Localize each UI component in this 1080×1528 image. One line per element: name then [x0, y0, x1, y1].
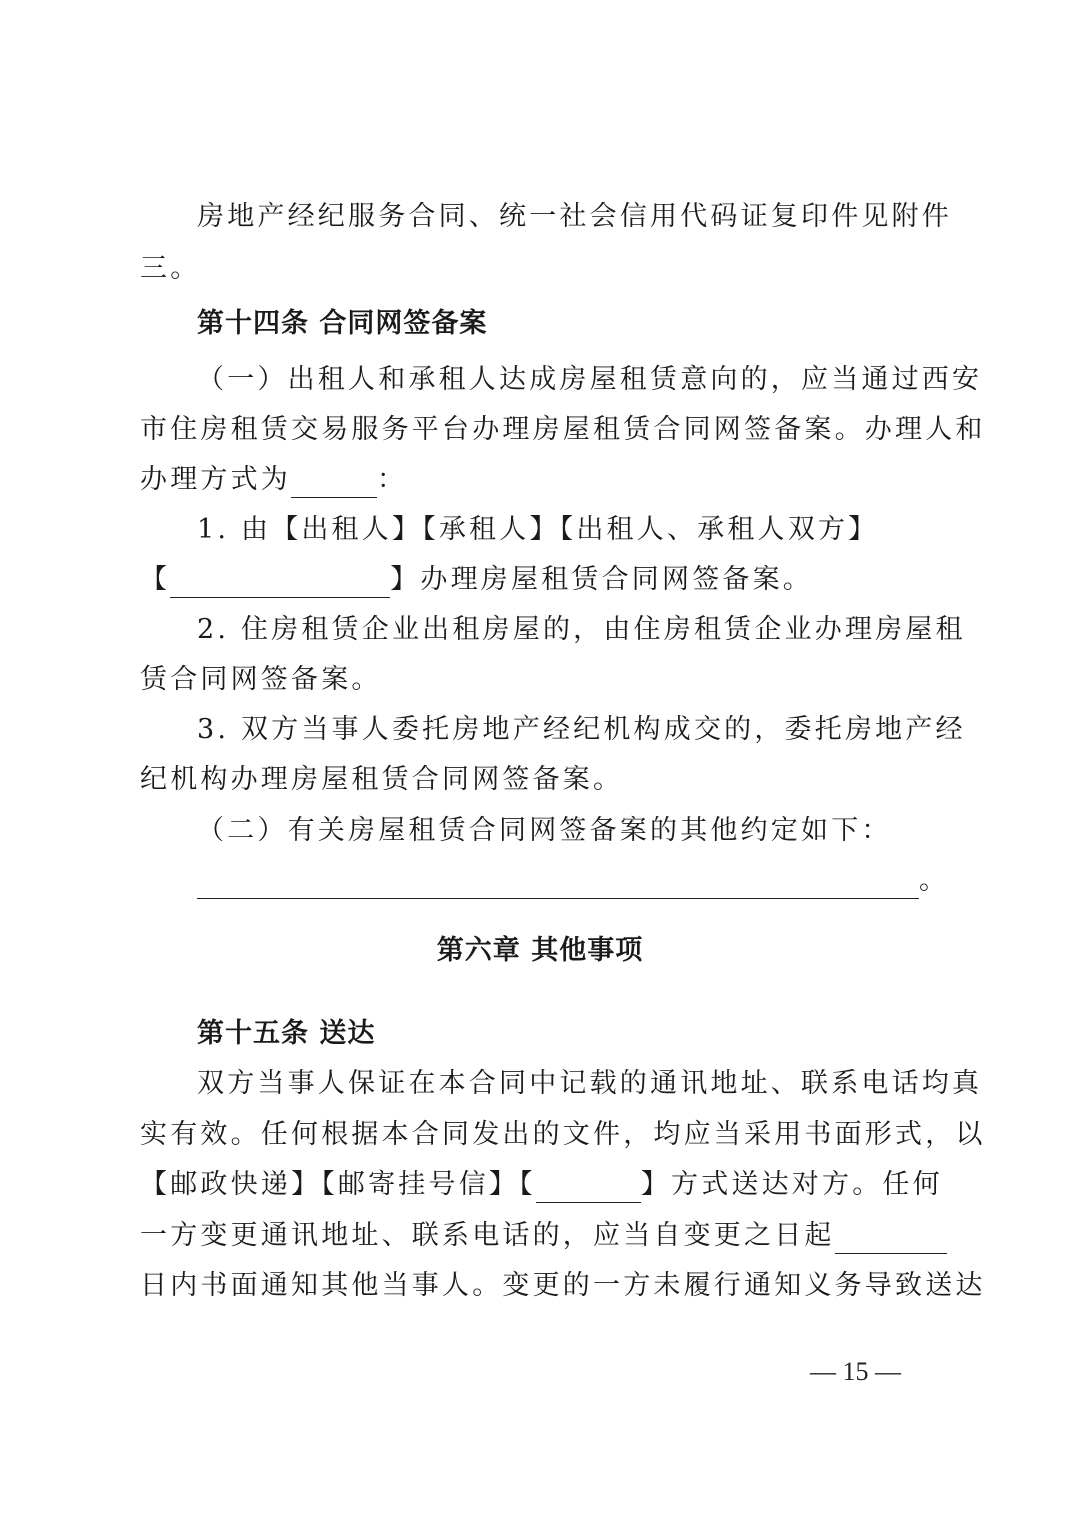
paragraph-line: 纪机构办理房屋租赁合同网签备案。	[140, 762, 940, 798]
paragraph-line: 双方当事人保证在本合同中记载的通讯地址、联系电话均真	[197, 1066, 940, 1102]
paragraph-line: 日内书面通知其他当事人。变更的一方未履行通知义务导致送达	[140, 1268, 940, 1304]
list-item-3: 3. 双方当事人委托房地产经纪机构成交的，委托房地产经	[197, 712, 940, 748]
fill-in-blank[interactable]	[835, 1225, 947, 1254]
line-text: 一方变更通讯地址、联系电话的，应当自变更之日起	[140, 1220, 835, 1251]
article-15-title: 第十五条 送达	[197, 1016, 940, 1052]
paragraph-line: （一）出租人和承租人达成房屋租赁意向的，应当通过西安	[197, 362, 940, 398]
paragraph-line: 一方变更通讯地址、联系电话的，应当自变更之日起	[140, 1218, 940, 1254]
paragraph-line: 【】办理房屋租赁合同网签备案。	[140, 562, 940, 598]
paragraph-line: 实有效。任何根据本合同发出的文件，均应当采用书面形式，以	[140, 1117, 940, 1153]
fill-in-blank[interactable]	[170, 569, 390, 598]
page-number: — 15 —	[810, 1357, 901, 1387]
line-text: 【邮政快递】【邮寄挂号信】【	[140, 1169, 536, 1200]
document-page: 房地产经纪服务合同、统一社会信用代码证复印件见附件 三。 第十四条 合同网签备案…	[0, 0, 1080, 1528]
paragraph-line: 房地产经纪服务合同、统一社会信用代码证复印件见附件	[197, 199, 940, 235]
line-text: 。	[919, 865, 949, 896]
paragraph-line: 三。	[140, 251, 940, 287]
paragraph-line: 市住房租赁交易服务平台办理房屋租赁合同网签备案。办理人和	[140, 412, 940, 448]
line-text: 】办理房屋租赁合同网签备案。	[390, 564, 813, 595]
paragraph-line: 赁合同网签备案。	[140, 662, 940, 698]
paragraph-line: 。	[197, 863, 940, 899]
list-item-2: 2. 住房租赁企业出租房屋的，由住房租赁企业办理房屋租	[197, 612, 940, 648]
fill-in-blank[interactable]	[291, 469, 377, 498]
paragraph-line: （二）有关房屋租赁合同网签备案的其他约定如下：	[197, 813, 940, 849]
fill-in-blank[interactable]	[197, 870, 919, 899]
line-text: ：	[377, 464, 407, 495]
fill-in-blank[interactable]	[536, 1174, 641, 1203]
list-item-1: 1. 由【出租人】【承租人】【出租人、承租人双方】	[197, 512, 940, 548]
line-text: 【	[140, 564, 170, 595]
article-14-title: 第十四条 合同网签备案	[197, 306, 940, 342]
paragraph-line: 办理方式为：	[140, 462, 940, 498]
line-text: 办理方式为	[140, 464, 291, 495]
paragraph-line: 【邮政快递】【邮寄挂号信】【】方式送达对方。任何	[140, 1167, 940, 1203]
line-text: 】方式送达对方。任何	[641, 1169, 943, 1200]
chapter-6-title: 第六章 其他事项	[0, 933, 1080, 969]
